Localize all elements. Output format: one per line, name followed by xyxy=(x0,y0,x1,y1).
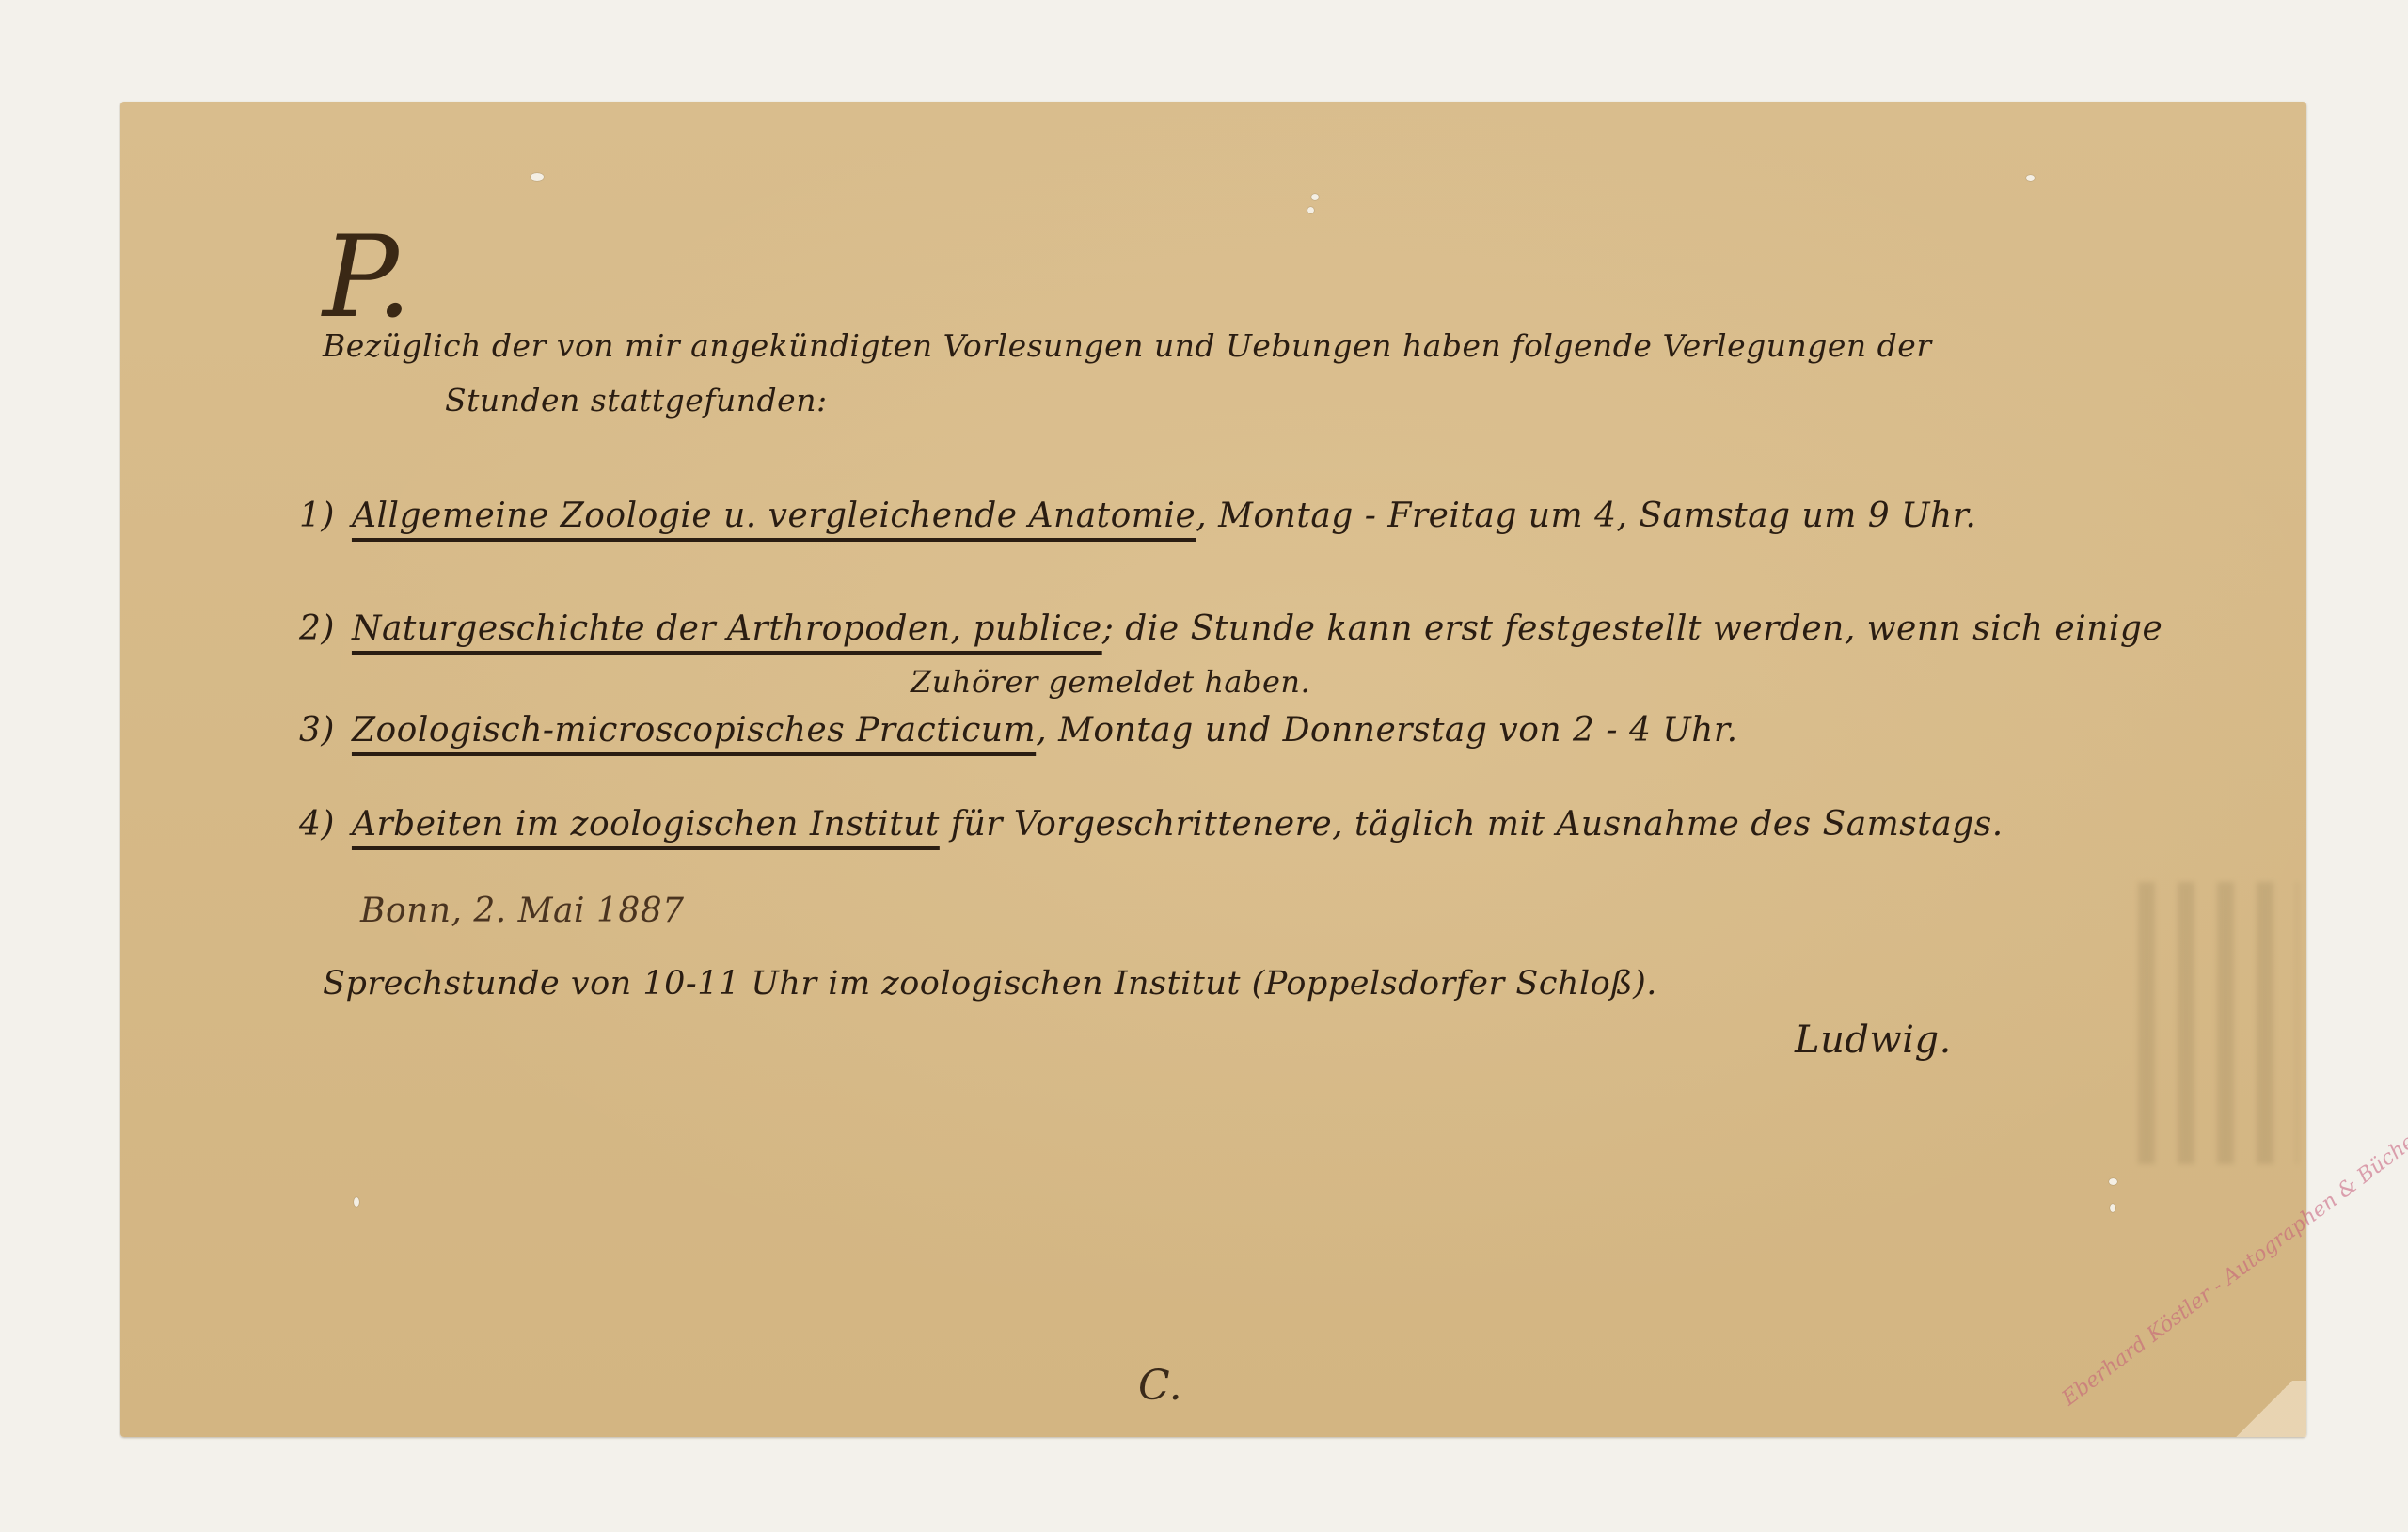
course-details: , Montag - Freitag um 4, Samstag um 9 Uh… xyxy=(1196,497,1976,535)
date-line: Bonn, 2. Mai 1887 xyxy=(360,892,685,930)
paper-hole xyxy=(2026,175,2035,181)
paper-hole xyxy=(2110,1204,2115,1212)
course-item-4: 4)Arbeiten im zoologischen Institut für … xyxy=(299,805,2004,844)
intro-line-2: Stunden stattgefunden: xyxy=(445,382,828,419)
bottom-mark: C. xyxy=(1138,1362,1182,1410)
course-title: Allgemeine Zoologie u. vergleichende Ana… xyxy=(352,497,1196,535)
paper-hole xyxy=(531,173,544,181)
course-details: , Montag und Donnerstag von 2 - 4 Uhr. xyxy=(1036,711,1737,750)
course-details: ; die Stunde kann erst festgestellt werd… xyxy=(1102,609,2163,648)
course-title: Naturgeschichte der Arthropoden, publice xyxy=(352,609,1102,648)
course-item-2: 2)Naturgeschichte der Arthropoden, publi… xyxy=(299,609,2162,648)
letter-sheet: P. Bezüglich der von mir angekündigten V… xyxy=(120,102,2306,1437)
paper-hole xyxy=(2109,1178,2117,1185)
intro-line-1: Bezüglich der von mir angekündigten Vorl… xyxy=(323,327,1932,364)
bleed-through-stamp xyxy=(2138,882,2298,1164)
item-number: 4) xyxy=(299,805,335,844)
paper-hole xyxy=(354,1197,359,1207)
item-number: 3) xyxy=(299,711,335,750)
item-number: 1) xyxy=(299,497,335,535)
paper-hole xyxy=(1307,207,1314,213)
course-item-2-continuation: Zuhörer gemeldet haben. xyxy=(911,664,1310,700)
course-details: für Vorgeschrittenere, täglich mit Ausna… xyxy=(940,805,2004,844)
course-item-1: 1)Allgemeine Zoologie u. vergleichende A… xyxy=(299,497,1976,535)
office-hours: Sprechstunde von 10-11 Uhr im zoologisch… xyxy=(323,965,1657,1003)
course-title: Arbeiten im zoologischen Institut xyxy=(352,805,940,844)
opening-flourish: P. xyxy=(323,213,413,343)
item-number: 2) xyxy=(299,609,335,648)
course-title: Zoologisch-microscopisches Practicum xyxy=(352,711,1036,750)
signature: Ludwig. xyxy=(1795,1019,1952,1062)
paper-hole xyxy=(1311,194,1319,200)
course-item-3: 3)Zoologisch-microscopisches Practicum, … xyxy=(299,711,1738,750)
